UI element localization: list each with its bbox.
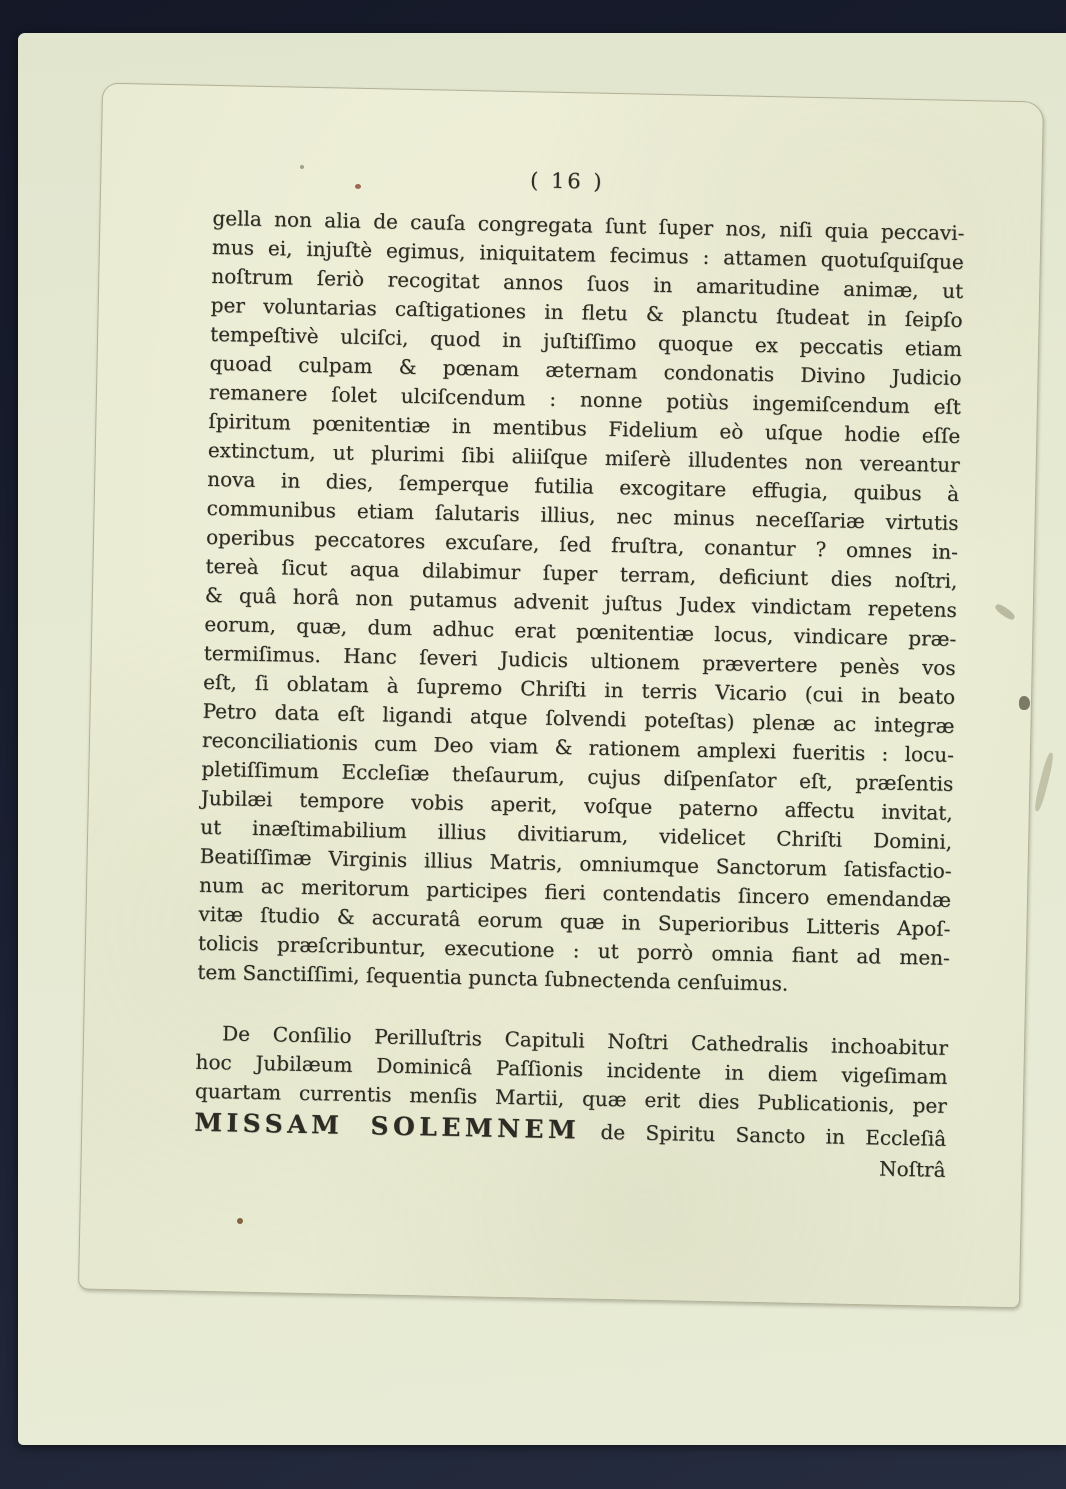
printed-text-block: ( 16 ) gella non alia de cauſa congregat… [193, 160, 965, 1185]
document-page: ( 16 ) gella non alia de cauſa congregat… [78, 83, 1044, 1309]
closing-paragraph-lines: De Conſilio Perilluſtris Capituli Noſtri… [195, 1019, 949, 1121]
page-number: ( 16 ) [191, 159, 943, 203]
missam-rest-text: de Spiritu Sancto in Eccleſiâ [600, 1120, 946, 1151]
main-paragraph: gella non alia de cauſa congregata ſunt … [197, 204, 965, 1002]
missam-caps-text: MISSAM SOLEMNEM [194, 1108, 580, 1145]
closing-paragraph: De Conſilio Perilluſtris Capituli Noſtri… [193, 1019, 948, 1185]
scan-photo-background: ( 16 ) gella non alia de cauſa congregat… [0, 0, 1066, 1489]
